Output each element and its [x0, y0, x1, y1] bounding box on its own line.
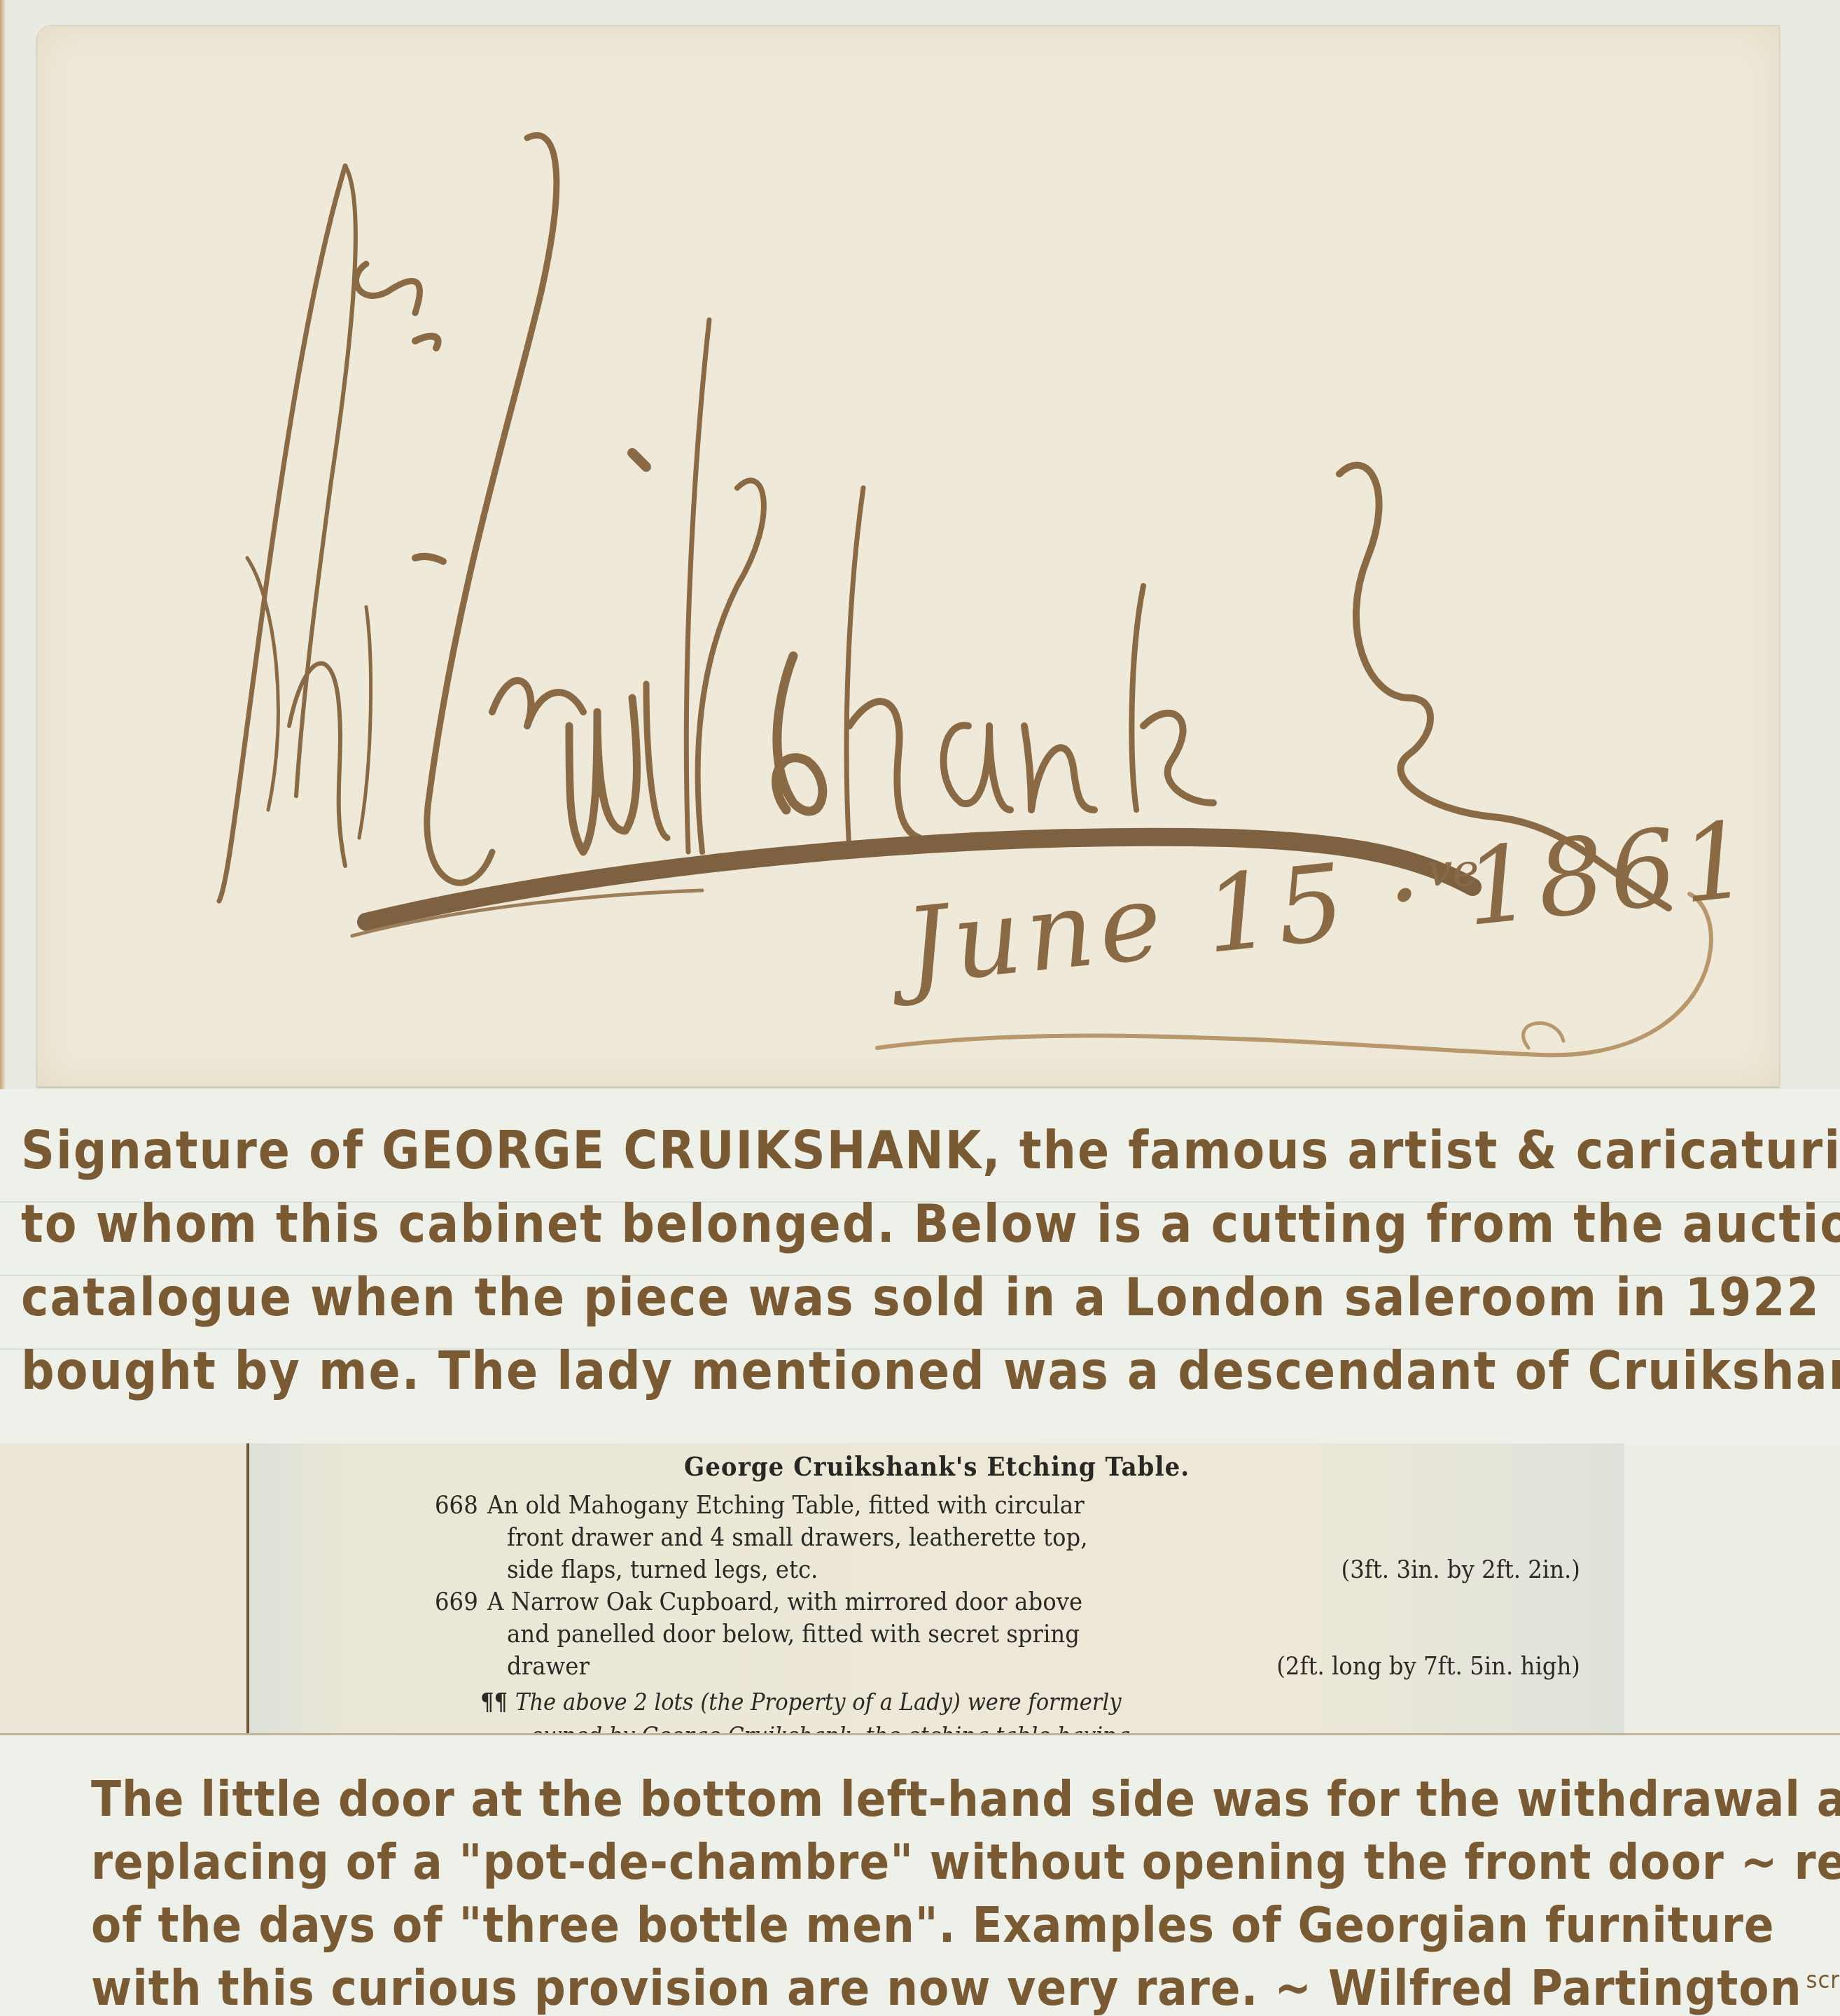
lot-line: A Narrow Oak Cupboard, with mirrored doo… [487, 1586, 1082, 1618]
top-handwritten-note: Signature of GEORGE CRUIKSHANK, the famo… [0, 1089, 1840, 1445]
mount-panel-right [1622, 1443, 1840, 1733]
lot-669: 669 A Narrow Oak Cupboard, with mirrored… [435, 1586, 1583, 1684]
lot-668: 668 An old Mahogany Etching Table, fitte… [435, 1490, 1583, 1588]
bottom-handwritten-note: The little door at the bottom left-hand … [0, 1733, 1840, 2016]
mount-panel-left [0, 1443, 246, 1733]
pilcrow-icon: ¶¶ [480, 1686, 508, 1719]
note-line-2: replacing of a "pot-de-chambre" without … [91, 1833, 1840, 1891]
lot-line: An old Mahogany Etching Table, fitted wi… [487, 1490, 1085, 1522]
note-line: The above 2 lots (the Property of a Lady… [515, 1686, 1122, 1719]
note-line-4: bought by me. The lady mentioned was a d… [21, 1341, 1840, 1401]
lot-number: 669 [435, 1586, 478, 1618]
lot-line: side flaps, turned legs, etc. [507, 1554, 818, 1586]
note-line-3: of the days of "three bottle men". Examp… [91, 1896, 1775, 1954]
auction-catalogue-cutting: George Cruikshank's Etching Table. 668 A… [246, 1443, 1624, 1735]
note-line-4: with this curious provision are now very… [91, 1959, 1840, 2016]
sign-off-text: with this curious provision are now very… [91, 1959, 1801, 2016]
lot-line: and panelled door below, fitted with sec… [507, 1618, 1080, 1651]
lot-dimensions: (2ft. long by 7ft. 5in. high) [1276, 1651, 1580, 1683]
note-line-3: catalogue when the piece was sold in a L… [21, 1268, 1840, 1328]
cutting-title: George Cruikshank's Etching Table. [249, 1450, 1624, 1482]
note-line-1: Signature of GEORGE CRUIKSHANK, the famo… [21, 1121, 1840, 1181]
scripsit-mark: scripsit [1806, 1966, 1840, 1994]
lot-line: drawer [507, 1651, 590, 1683]
signature-card: Geo. Cruikshank [36, 25, 1780, 1087]
lot-line: front drawer and 4 small drawers, leathe… [507, 1522, 1087, 1554]
note-line-1: The little door at the bottom left-hand … [91, 1770, 1840, 1828]
lot-number: 668 [435, 1490, 478, 1522]
date-superscript: ve [1427, 845, 1479, 897]
note-line-2: to whom this cabinet belonged. Below is … [21, 1194, 1840, 1254]
lot-dimensions: (3ft. 3in. by 2ft. 2in.) [1341, 1554, 1580, 1586]
